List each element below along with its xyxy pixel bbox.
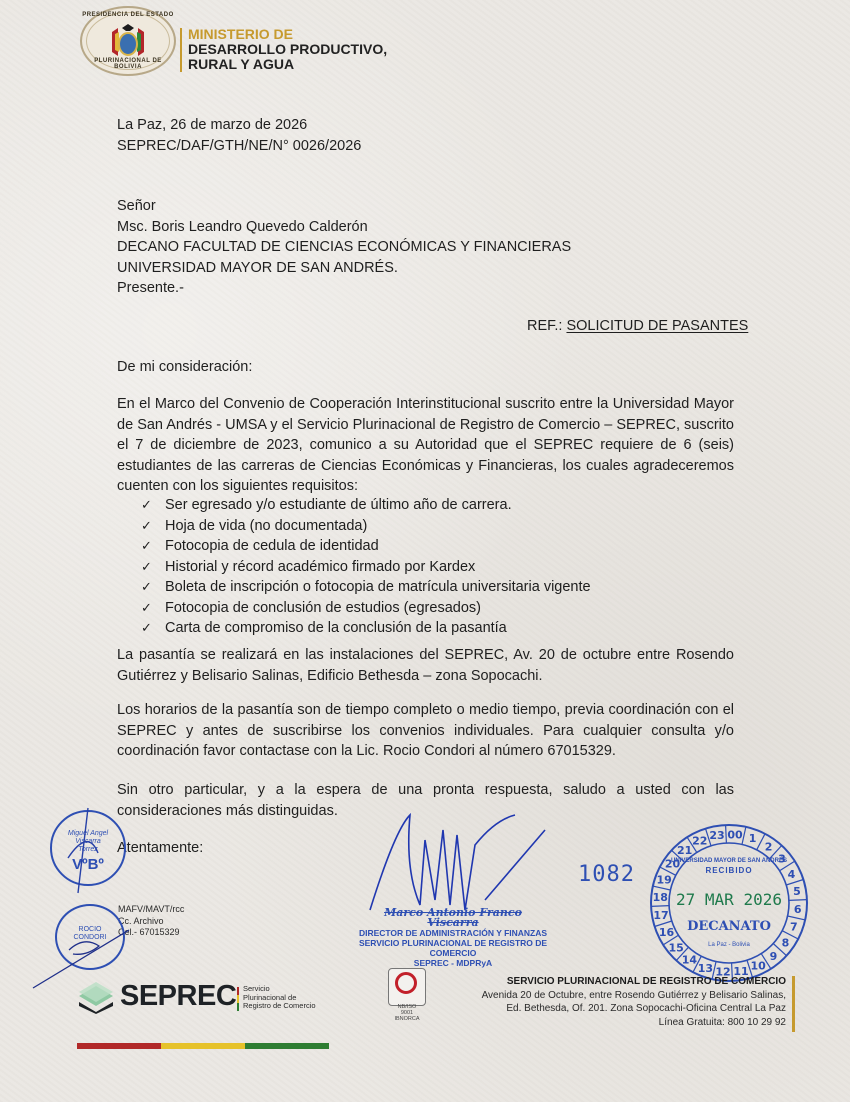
flag-yellow [161,1043,245,1049]
svg-text:2: 2 [765,841,773,854]
reference-number: SEPREC/DAF/GTH/NE/N° 0026/2026 [117,136,361,157]
seal-bottom-text: PLURINACIONAL DE BOLIVIA [82,58,174,70]
recipient-salutation: Señor [117,196,571,217]
requirement-text: Fotocopia de cedula de identidad [165,536,379,557]
svg-text:9: 9 [770,950,778,963]
seprec-logo-icon [77,982,115,1014]
paragraph-agreement: En el Marco del Convenio de Cooperación … [117,394,734,497]
ministry-line-2: DESARROLLO PRODUCTIVO, [188,42,387,57]
approval-stamp: Miguel Angel Viscarra Torrez VºBº [50,810,126,886]
ministry-line-3: RURAL Y AGUA [188,57,387,72]
received-stamp: 123456789101112131415161718192021222300 … [648,822,810,984]
svg-text:14: 14 [682,954,698,967]
requirement-text: Hoja de vida (no documentada) [165,516,367,537]
paragraph-schedule: Los horarios de la pasantía son de tiemp… [117,700,734,762]
closing: Atentamente: [117,838,203,859]
iso-certification-badge [388,968,426,1006]
seal-top-text: PRESIDENCIA DEL ESTADO [82,12,174,18]
checkmark-icon: ✓ [141,618,165,639]
svg-text:00: 00 [727,828,743,841]
received-university: UNIVERSIDAD MAYOR DE SAN ANDRÉS [648,858,810,864]
flag-red [77,1043,161,1049]
paragraph-location: La pasantía se realizará en las instalac… [117,645,734,686]
director-org: SERVICIO PLURINACIONAL DE REGISTRO DE CO… [358,938,548,958]
svg-text:19: 19 [657,873,672,886]
requirement-item: ✓Boleta de inscripción o fotocopia de ma… [141,577,591,598]
recipient-position: DECANO FACULTAD DE CIENCIAS ECONÓMICAS Y… [117,237,571,258]
recipient-presente: Presente.- [117,278,571,299]
state-presidency-seal: PRESIDENCIA DEL ESTADO PLURINACIONAL DE … [80,6,176,76]
footer-address-1: Avenida 20 de Octubre, entre Rosendo Gut… [482,989,786,1003]
flag-color-bar [77,1043,329,1049]
footer-hotline: Línea Gratuita: 800 10 29 92 [482,1016,786,1030]
ministry-line-1: MINISTERIO DE [188,27,387,42]
ref-subject: SOLICITUD DE PASANTES [566,318,748,334]
requirements-list: ✓Ser egresado y/o estudiante de último a… [141,495,591,639]
requirement-text: Ser egresado y/o estudiante de último añ… [165,495,512,516]
logo-sub-3: Registro de Comercio [243,1002,316,1011]
requirement-item: ✓Ser egresado y/o estudiante de último a… [141,495,591,516]
ref-label: REF.: [527,318,562,334]
checkmark-icon: ✓ [141,557,165,578]
requirement-text: Historial y récord académico firmado por… [165,557,475,578]
registry-number: 1082 [578,862,635,887]
subject-reference: REF.: SOLICITUD DE PASANTES [527,316,748,337]
requirement-item: ✓Fotocopia de conclusión de estudios (eg… [141,598,591,619]
date-line: La Paz, 26 de marzo de 2026 [117,115,307,136]
requirement-text: Boleta de inscripción o fotocopia de mat… [165,577,591,598]
recipient-block: Señor Msc. Boris Leandro Quevedo Calderó… [117,196,571,299]
director-stamp: Marco Antonio Franco Viscarra DIRECTOR D… [358,908,548,968]
coordinator-stamp: ROCIO CONDORI [55,904,125,970]
seprec-logo-word: SEPREC [120,980,236,1013]
svg-text:22: 22 [692,835,707,848]
svg-text:21: 21 [677,844,692,857]
requirement-text: Carta de compromiso de la conclusión de … [165,618,507,639]
recipient-institution: UNIVERSIDAD MAYOR DE SAN ANDRÉS. [117,258,571,279]
footer-divider [792,976,795,1032]
checkmark-icon: ✓ [141,598,165,619]
iso-check-icon [395,972,417,994]
received-date: 27 MAR 2026 [648,890,810,909]
checkmark-icon: ✓ [141,516,165,537]
greeting: De mi consideración: [117,357,252,378]
seprec-logo-subtitle: Servicio Plurinacional de Registro de Co… [243,985,316,1011]
requirement-item: ✓Fotocopia de cedula de identidad [141,536,591,557]
requirement-item: ✓Hoja de vida (no documentada) [141,516,591,537]
footer-contact: SERVICIO PLURINACIONAL DE REGISTRO DE CO… [482,975,786,1029]
svg-text:10: 10 [751,960,767,973]
received-office: DECANATO [648,919,810,934]
svg-text:1: 1 [749,832,757,845]
ministry-name: MINISTERIO DE DESARROLLO PRODUCTIVO, RUR… [188,27,387,72]
svg-text:13: 13 [698,962,713,975]
director-unit: SEPREC - MDPRyA [358,958,548,968]
requirement-item: ✓Historial y récord académico firmado po… [141,557,591,578]
bolivia-coat-of-arms-icon [110,22,146,62]
svg-text:23: 23 [709,829,724,842]
received-label: RECIBIDO [648,866,810,875]
flag-green [245,1043,329,1049]
director-title: DIRECTOR DE ADMINISTRACIÓN Y FINANZAS [358,928,548,938]
footer-address-2: Ed. Bethesda, Of. 201. Zona Sopocachi-Of… [482,1002,786,1016]
checkmark-icon: ✓ [141,536,165,557]
received-city: La Paz - Bolivia [648,942,810,948]
footer-org-title: SERVICIO PLURINACIONAL DE REGISTRO DE CO… [482,975,786,989]
requirement-text: Fotocopia de conclusión de estudios (egr… [165,598,481,619]
logo-divider [237,987,239,1011]
checkmark-icon: ✓ [141,495,165,516]
requirement-item: ✓Carta de compromiso de la conclusión de… [141,618,591,639]
initials-line: MAFV/MAVT/rcc [118,904,184,916]
checkmark-icon: ✓ [141,577,165,598]
iso-label: NB/ISO 9001 IBNORCA [388,1004,426,1022]
header-divider [180,28,182,72]
iso-line-3: IBNORCA [388,1016,426,1022]
director-signature-icon [365,810,555,920]
approval-signature-icon [48,798,128,898]
director-name: Marco Antonio Franco Viscarra [358,908,548,928]
recipient-name: Msc. Boris Leandro Quevedo Calderón [117,217,571,238]
